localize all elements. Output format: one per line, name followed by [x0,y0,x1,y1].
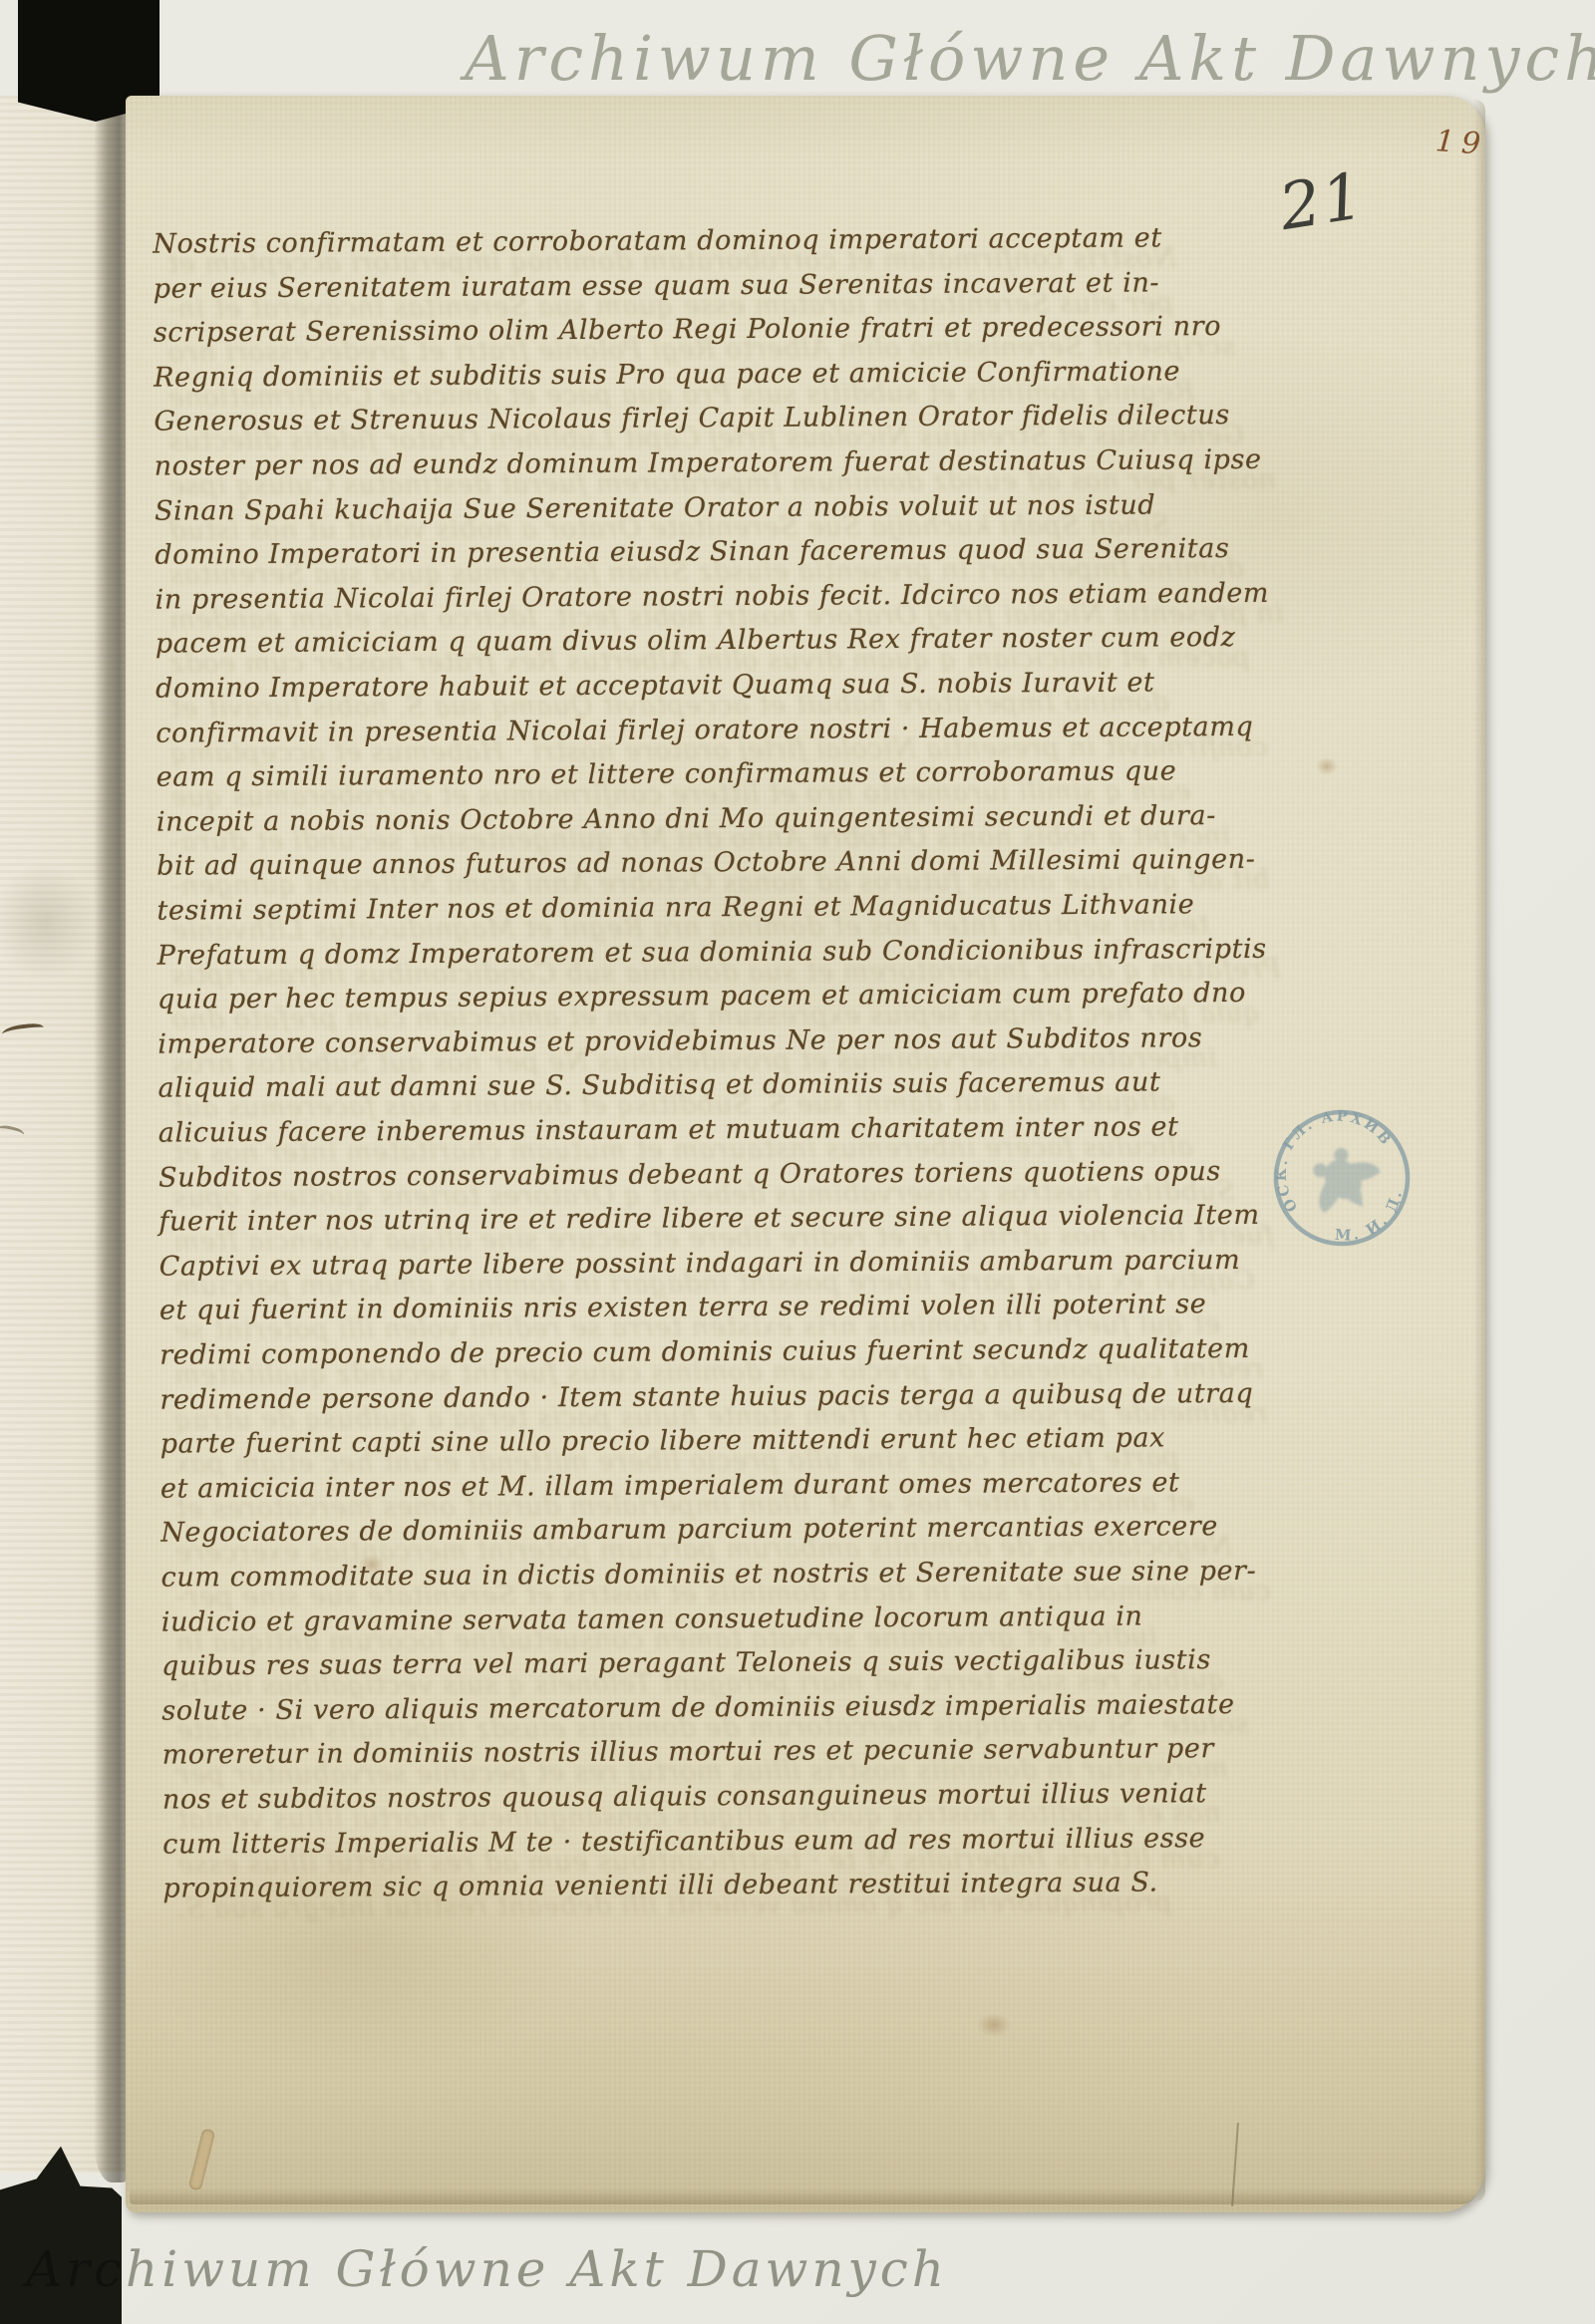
manuscript-line: Nostris confirmatam et corroboratam domi… [153,222,1162,259]
manuscript-line: domino Imperatori in presentia eiusdz Si… [155,533,1229,571]
manuscript-line: fuerit inter nos utrinq ire et redire li… [159,1200,1259,1238]
manuscript-line: imperatore conservabimus et providebimus… [158,1022,1202,1059]
manuscript-line: quibus res suas terra vel mari peragant … [161,1644,1211,1681]
manuscript-line: cum litteris Imperialis M te · testifica… [162,1823,1205,1860]
manuscript-line: cum commoditate sua in dictis dominiis e… [160,1556,1256,1594]
manuscript-line: scripserat Serenissimo olim Alberto Regi… [154,311,1221,349]
manuscript-text-block: Nostris confirmatam et corroboratam domi… [152,0,1340,1997]
manuscript-line: Subditos nostros conservabimus debeant q… [159,1156,1221,1194]
manuscript-line: noster per nos ad eundz dominum Imperato… [155,444,1262,482]
page-right-edge [1473,100,1485,2202]
manuscript-line: Captivi ex utraq parte libere possint in… [159,1245,1241,1283]
manuscript-line: et amicicia inter nos et M. illam imperi… [160,1467,1180,1504]
manuscript-line: redimi componendo de precio cum dominis … [159,1333,1250,1371]
page-bottom-edge [130,2188,1477,2204]
manuscript-line: pacem et amiciciam q quam divus olim Alb… [156,622,1236,660]
manuscript-line: per eius Serenitatem iuratam esse quam s… [154,267,1160,304]
manuscript-line: iudicio et gravamine servata tamen consu… [161,1600,1143,1637]
manuscript-line: quia per hec tempus sepius expressum pac… [158,978,1246,1016]
folio-number-pencil: 21 [1275,159,1371,245]
manuscript-line: nos et subditos nostros quousq aliquis c… [162,1778,1207,1815]
manuscript-line: confirmavit in presentia Nicolai firlej … [156,711,1253,748]
archive-watermark-top: Archiwum Główne Akt Dawnych [465,22,1595,95]
manuscript-line: et qui fuerint in dominiis nris existen … [159,1290,1206,1326]
manuscript-line: Negociatores de dominiis ambarum parcium… [160,1512,1218,1549]
manuscript-line: moreretur in dominiis nostris illius mor… [162,1734,1214,1771]
manuscript-line: eam q simili iuramento nro et littere co… [157,756,1177,793]
manuscript-line: propinquiorem sic q omnia venienti illi … [162,1868,1157,1904]
manuscript-line: alicuius facere inberemus instauram et m… [159,1111,1179,1148]
manuscript-line: Prefatum q domz Imperatorem et sua domin… [158,933,1267,971]
manuscript-line: bit ad quinque annos futuros ad nonas Oc… [157,844,1255,882]
folio-number-ink: 19 [1435,124,1489,162]
manuscript-line: domino Imperatore habuit et acceptavit Q… [156,667,1155,704]
foxing-spot [977,2013,1011,2037]
manuscript-line: redimende persone dando · Item stante hu… [159,1377,1253,1415]
manuscript-line: tesimi septimi Inter nos et dominia nra … [157,889,1194,926]
manuscript-line: aliquid mali aut damni sue S. Subditisq … [158,1067,1160,1104]
manuscript-line: Generosus et Strenuus Nicolaus firlej Ca… [154,400,1229,437]
manuscript-line: Regniq dominiis et subditis suis Pro qua… [154,356,1180,393]
archive-watermark-bottom: Archiwum Główne Akt Dawnych [26,2240,948,2298]
manuscript-line: parte fuerint capti sine ullo precio lib… [160,1423,1165,1460]
manuscript-line: Sinan Spahi kuchaija Sue Serenitate Orat… [155,489,1155,526]
manuscript-line: incepit a nobis nonis Octobre Anno dni M… [157,800,1216,837]
manuscript-line: solute · Si vero aliquis mercatorum de d… [161,1689,1234,1727]
manuscript-line: in presentia Nicolai firlej Oratore nost… [155,578,1269,616]
